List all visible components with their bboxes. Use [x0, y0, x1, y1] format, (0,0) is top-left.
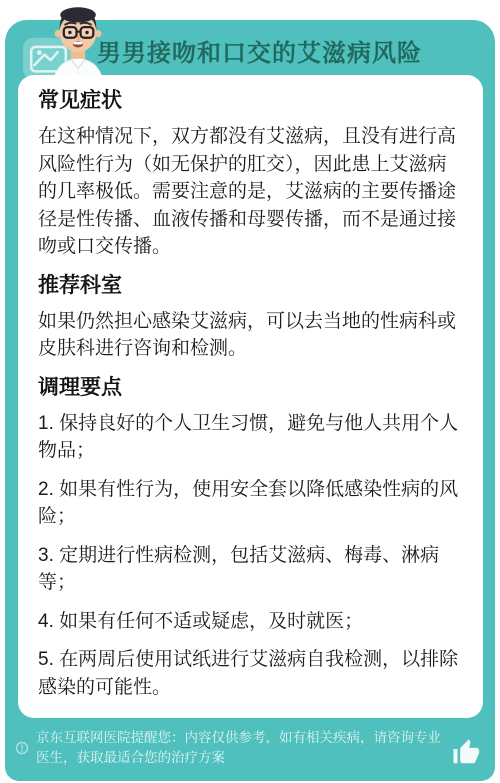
disclaimer-footer: 京东互联网医院提醒您：内容仅供参考，如有相关疾病，请咨询专业医生，获取最适合您的… [5, 718, 495, 781]
care-point-item: 1. 保持良好的个人卫生习惯，避免与他人共用个人物品； [38, 410, 463, 465]
section-heading-recommended-department: 推荐科室 [38, 272, 463, 300]
info-circle-icon [15, 741, 29, 755]
care-point-item: 4. 如果有任何不适或疑虑，及时就医； [38, 608, 463, 636]
content-card: 常见症状 在这种情况下，双方都没有艾滋病，且没有进行高风险性行为（如无保护的肛交… [18, 75, 483, 718]
care-point-item: 2. 如果有性行为，使用安全套以降低感染性病的风险； [38, 476, 463, 531]
card-header: 男男接吻和口交的艾滋病风险 [5, 20, 495, 75]
section-heading-common-symptoms: 常见症状 [38, 87, 463, 115]
department-paragraph: 如果仍然担心感染艾滋病，可以去当地的性病科或皮肤科进行咨询和检测。 [38, 308, 463, 363]
page-title: 男男接吻和口交的艾滋病风险 [97, 33, 422, 68]
disclaimer-text: 京东互联网医院提醒您：内容仅供参考，如有相关疾病，请咨询专业医生，获取最适合您的… [36, 728, 444, 768]
screenshot-root: 男男接吻和口交的艾滋病风险 常见症状 在这种情况下，双方都没有艾滋病，且没有进行… [0, 0, 500, 783]
symptoms-paragraph: 在这种情况下，双方都没有艾滋病，且没有进行高风险性行为（如无保护的肛交），因此患… [38, 123, 463, 261]
qa-card: 男男接吻和口交的艾滋病风险 常见症状 在这种情况下，双方都没有艾滋病，且没有进行… [5, 20, 495, 781]
care-point-item: 3. 定期进行性病检测，包括艾滋病、梅毒、淋病等； [38, 542, 463, 597]
thumbs-up-icon[interactable] [451, 737, 481, 767]
section-heading-care-points: 调理要点 [38, 374, 463, 402]
care-point-item: 5. 在两周后使用试纸进行艾滋病自我检测，以排除感染的可能性。 [38, 646, 463, 701]
